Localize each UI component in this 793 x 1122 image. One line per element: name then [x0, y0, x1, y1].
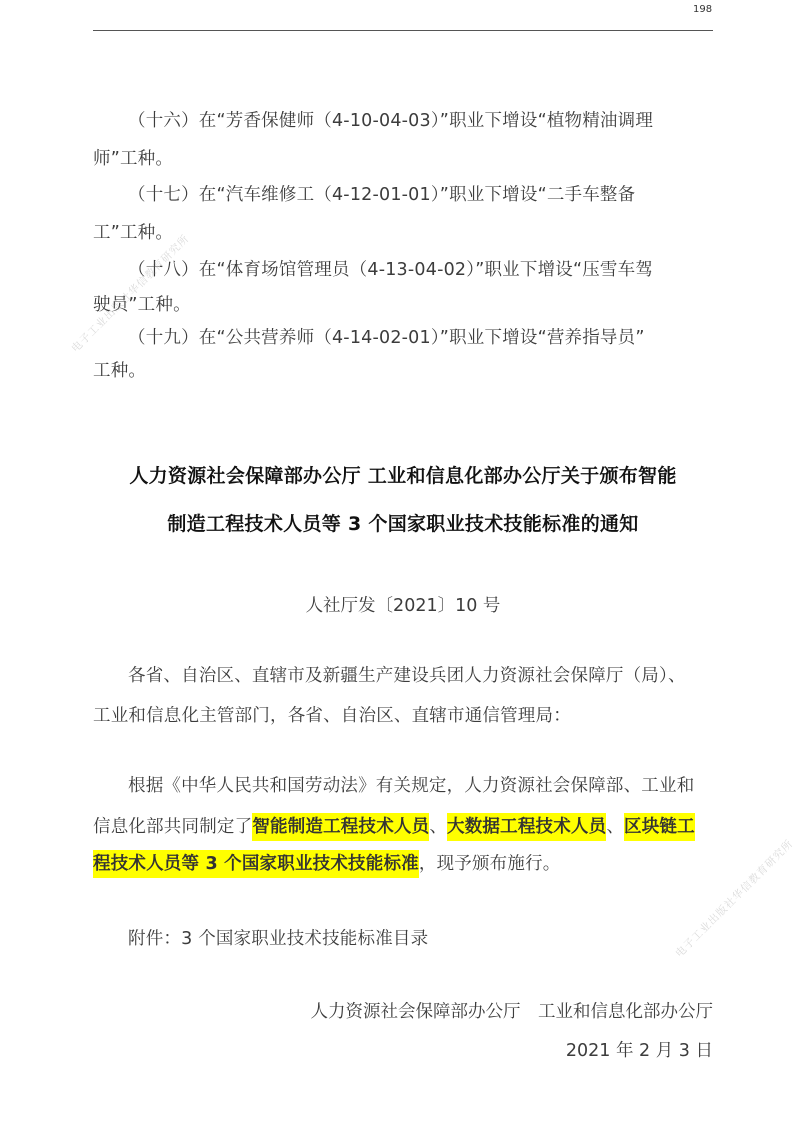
addressee-line1: 各省、自治区、直辖市及新疆生产建设兵团人力资源社会保障厅（局）、	[128, 664, 748, 688]
body-line3-suffix: ，现予颁布施行。	[419, 854, 561, 874]
body-line2-prefix: 信息化部共同制定了	[93, 817, 252, 837]
body-line1: 根据《中华人民共和国劳动法》有关规定，人力资源社会保障部、工业和	[128, 774, 748, 798]
item-18-line1: （十八）在“体育场馆管理员（4-13-04-02）”职业下增设“压雪车驾	[128, 258, 748, 282]
signatories: 人力资源社会保障部办公厅 工业和信息化部办公厅	[311, 1000, 714, 1024]
body-line3: 程技术人员等 3 个国家职业技术技能标准，现予颁布施行。	[93, 852, 713, 876]
highlight-standard-1: 智能制造工程技术人员	[252, 813, 429, 841]
item-18-line2: 驶员”工种。	[93, 293, 713, 317]
addressee-line2: 工业和信息化主管部门，各省、自治区、直辖市通信管理局：	[93, 704, 713, 728]
attachment: 附件：3 个国家职业技术技能标准目录	[128, 927, 748, 951]
item-17-line1: （十七）在“汽车维修工（4-12-01-01）”职业下增设“二手车整备	[128, 183, 748, 207]
notice-title-line2: 制造工程技术人员等 3 个国家职业技术技能标准的通知	[93, 511, 713, 537]
item-16-line1: （十六）在“芳香保健师（4-10-04-03）”职业下增设“植物精油调理	[128, 109, 748, 133]
header-rule	[93, 30, 713, 31]
notice-title-line1: 人力资源社会保障部办公厅 工业和信息化部办公厅关于颁布智能	[93, 463, 713, 489]
separator: 、	[429, 817, 447, 837]
doc-number: 人社厅发〔2021〕10 号	[93, 594, 713, 618]
highlight-standard-3a: 区块链工	[624, 813, 695, 841]
body-line2: 信息化部共同制定了智能制造工程技术人员、大数据工程技术人员、区块链工	[93, 815, 713, 839]
item-19-line1: （十九）在“公共营养师（4-14-02-01）”职业下增设“营养指导员”	[128, 326, 748, 350]
highlight-standard-3b: 程技术人员等 3 个国家职业技术技能标准	[93, 850, 419, 878]
item-16-line2: 师”工种。	[93, 147, 713, 171]
page-number: 198	[693, 4, 712, 15]
highlight-standard-2: 大数据工程技术人员	[447, 813, 606, 841]
date: 2021 年 2 月 3 日	[566, 1039, 713, 1063]
item-19-line2: 工种。	[93, 359, 713, 383]
separator: 、	[606, 817, 624, 837]
